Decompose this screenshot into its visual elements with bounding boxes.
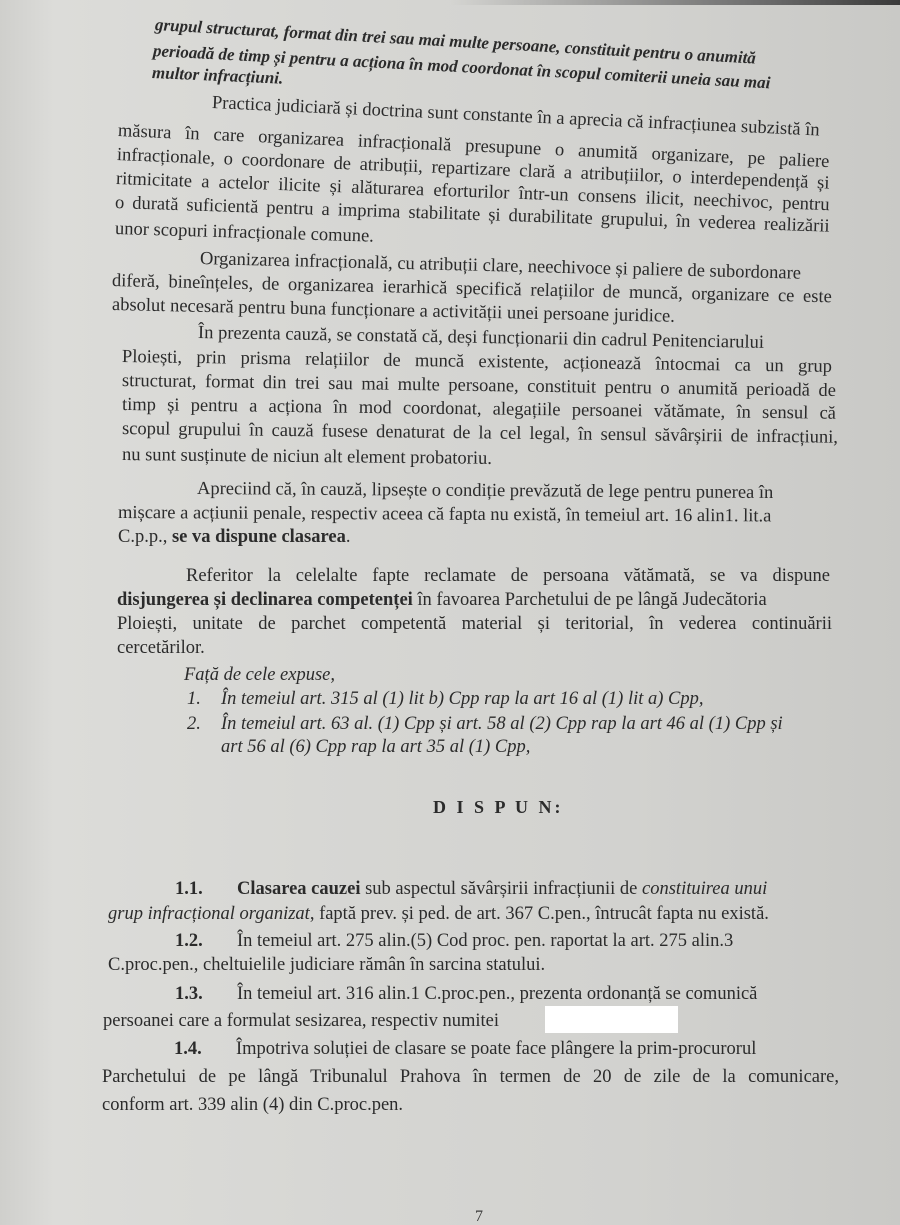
dispozitie-1-3-line-2: persoanei care a formulat sesizarea, res… <box>103 1010 499 1032</box>
prezenta-line-6: nu sunt susținute de niciun alt element … <box>122 444 492 470</box>
redacted-name-box <box>545 1006 678 1033</box>
dispozitie-1-1-bold: Clasarea cauzei <box>237 879 360 899</box>
dispozitie-1-1-line-1: 1.1.Clasarea cauzei sub aspectul săvârși… <box>175 878 767 900</box>
dispozitie-1-4-text: Împotriva soluției de clasare se poate f… <box>236 1039 756 1059</box>
apreciind-bold-clasarea: se va dispune clasarea <box>172 527 346 547</box>
dispozitie-1-2-text: În temeiul art. 275 alin.(5) Cod proc. p… <box>237 931 733 951</box>
temei-item-2: 2.În temeiul art. 63 al. (1) Cpp și art.… <box>187 713 783 735</box>
dispozitie-1-4-line-2: Parchetului de pe lângă Tribunalul Praho… <box>102 1066 839 1088</box>
dispozitie-1-1-text: sub aspectul săvârșirii infracțiunii de <box>360 879 642 899</box>
referitor-text: în favoarea Parchetului de pe lângă Jude… <box>413 590 767 610</box>
dispozitie-1-4-line-1: 1.4.Împotriva soluției de clasare se poa… <box>174 1038 756 1060</box>
dispozitie-1-1-number: 1.1. <box>175 878 237 900</box>
document-page: grupul structurat, format din trei sau m… <box>0 0 900 1225</box>
apreciind-line-3: C.p.p., se va dispune clasarea. <box>118 526 350 548</box>
dispozitie-1-1-italic-2: grup infracțional organizat <box>108 904 310 924</box>
temei-item-1: 1.În temeiul art. 315 al (1) lit b) Cpp … <box>187 688 704 710</box>
referitor-line-2: disjungerea și declinarea competenței în… <box>117 589 767 611</box>
apreciind-line-2: mișcare a acțiunii penale, respectiv ace… <box>118 502 771 527</box>
temei-item-2-text: În temeiul art. 63 al. (1) Cpp și art. 5… <box>221 714 783 734</box>
temei-item-1-text: În temeiul art. 315 al (1) lit b) Cpp ra… <box>221 689 704 709</box>
fata-de-intro: Față de cele expuse, <box>184 664 335 686</box>
dispozitie-1-2-number: 1.2. <box>175 930 237 952</box>
dispozitie-1-2-line-2: C.proc.pen., cheltuielile judiciare rămâ… <box>108 954 545 976</box>
top-block-line-3: multor infracțiuni. <box>152 62 284 90</box>
referitor-line-3: Ploiești, unitate de parchet competentă … <box>117 613 832 635</box>
dispozitie-1-1-text-2: , faptă prev. și ped. de art. 367 C.pen.… <box>310 904 769 924</box>
practica-line-6: unor scopuri infracționale comune. <box>115 218 374 248</box>
apreciind-text: C.p.p., <box>118 527 172 547</box>
referitor-line-4: cercetărilor. <box>117 637 205 659</box>
referitor-line-1: Referitor la celelalte fapte reclamate d… <box>186 565 830 587</box>
apreciind-line-1: Apreciind că, în cauză, lipsește o condi… <box>197 478 833 504</box>
temei-item-2-number: 2. <box>187 713 221 735</box>
dispozitie-1-1-line-2: grup infracțional organizat, faptă prev.… <box>108 903 769 925</box>
dispozitie-1-3-line-1: 1.3.În temeiul art. 316 alin.1 C.proc.pe… <box>175 983 757 1005</box>
referitor-bold-disjungerea: disjungerea și declinarea competenței <box>117 590 413 610</box>
apreciind-end: . <box>346 527 351 547</box>
temei-item-2-continued: art 56 al (6) Cpp rap la art 35 al (1) C… <box>221 736 530 758</box>
page-number: 7 <box>475 1208 483 1225</box>
dispozitie-1-3-number: 1.3. <box>175 983 237 1005</box>
dispun-heading: D I S P U N: <box>433 796 564 818</box>
dispozitie-1-2-line-1: 1.2.În temeiul art. 275 alin.(5) Cod pro… <box>175 930 733 952</box>
dispozitie-1-3-text: În temeiul art. 316 alin.1 C.proc.pen., … <box>237 984 757 1004</box>
dispozitie-1-4-number: 1.4. <box>174 1038 236 1060</box>
dispozitie-1-1-italic: constituirea unui <box>642 879 767 899</box>
dispozitie-1-4-line-3: conform art. 339 alin (4) din C.proc.pen… <box>102 1094 403 1116</box>
temei-item-1-number: 1. <box>187 688 221 710</box>
